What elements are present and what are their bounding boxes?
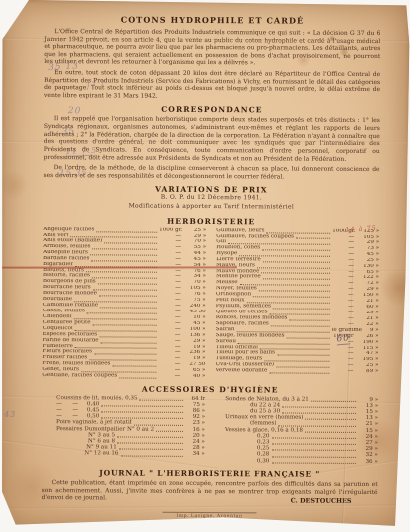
item-name: Verveine odorante	[215, 368, 267, 374]
printer-imprint: Imp. Lavigne, Argentan	[41, 511, 377, 520]
accessoires-price-list: Coussins de lit, moulés, 0,35 64 fr — — …	[42, 395, 378, 465]
item-price: 34 »	[185, 451, 205, 457]
herboristerie-heading: HERBORISTERIE	[43, 216, 379, 227]
herboristerie-right-column: Guimauve, fleurs 1000 gr. 125 » Guimauve…	[215, 228, 379, 381]
document-content: COTONS HYDROPHILE ET CARDÉ L'Office Cent…	[41, 12, 380, 520]
document-title: COTONS HYDROPHILE ET CARDÉ	[44, 14, 380, 26]
accessoires-right-column: Sondes de Nélaton, du 3 à 21 9 » du 22 à…	[215, 396, 378, 465]
dot-leader	[120, 455, 182, 456]
accessoires-heading: ACCESSOIRES D'HYGIÈNE	[42, 384, 378, 395]
aged-paper-document: COTONS HYDROPHILE ET CARDÉ L'Office Cent…	[0, 0, 410, 531]
dot-leader	[156, 431, 183, 432]
herboristerie-price-list: Angélique racines 1000 gr. 25 » Anis ver…	[42, 227, 379, 381]
item-name: N° 12 au 16	[56, 451, 119, 458]
item-price: 36 »	[358, 459, 378, 465]
price-row: N° 12 au 16 34 »	[56, 450, 205, 457]
item-name: Gentiane, racines coupées	[42, 373, 117, 379]
price-row: Gentiane, racines coupées — 40 »	[42, 373, 205, 380]
correspondance-paragraph-1: Il est rappelé que l'organisation herbor…	[44, 116, 380, 164]
dot-leader	[271, 462, 355, 464]
variations-subtitle: Modifications à apporter au Tarif Interm…	[43, 202, 379, 213]
correspondance-paragraph-2: De l'ordre, de la méthode, de la discipl…	[44, 164, 380, 181]
correspondance-heading: CORRESPONDANCE	[44, 105, 380, 116]
accessoires-left-column: Coussins de lit, moulés, 0,35 64 fr — — …	[42, 395, 205, 464]
item-unit: —	[158, 373, 185, 379]
item-price: 89 »	[358, 369, 378, 375]
price-row: Verveine odorante — 89 »	[215, 368, 378, 375]
item-unit: —	[331, 369, 358, 375]
intro-paragraph-2: En outre, tout stock de coton dépassant …	[44, 69, 380, 101]
dot-leader	[119, 377, 156, 378]
intro-paragraph-1: L'Office Central de Répartition des Prod…	[44, 28, 380, 68]
price-row: 0,30 36 »	[225, 458, 378, 465]
item-price: 40 »	[185, 374, 205, 380]
journal-heading: JOURNAL " L'HERBORISTERIE FRANÇAISE "	[42, 468, 378, 479]
item-name: 0,30	[225, 458, 270, 464]
handwritten-note: 43	[4, 410, 16, 419]
dot-leader	[269, 372, 329, 373]
dot-leader	[296, 238, 330, 239]
printer-imprint-text: Imp. Lavigne, Argentan	[162, 512, 256, 520]
herboristerie-left-column: Angélique racines 1000 gr. 25 » Anis ver…	[42, 227, 206, 380]
item-name: Guimauve, racines coupées	[216, 234, 294, 240]
